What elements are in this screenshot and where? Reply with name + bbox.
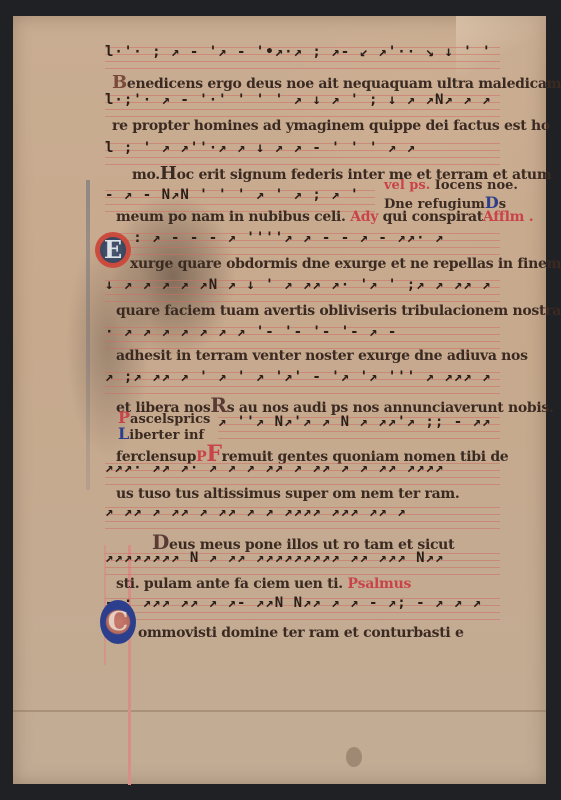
music-staff: - ; ↗↗↗ ↗↗ ↗ ↗- ↗↗N N↗↗ ↗ ↗ - ↗; - ↗ ↗ ↗ xyxy=(105,593,500,621)
music-staff: l·'· ; ↗ - '↗ - '•↗·↗ ; ↗- ↙ ↗'·· ↘ ↓ ' … xyxy=(105,42,500,70)
text-line: quare faciem tuam avertis obliviseris tr… xyxy=(116,303,506,319)
text-line: meum po nam in nubibus celi. Ady qui con… xyxy=(116,209,506,225)
lyric-text: re propter homines ad ymaginem quippe de… xyxy=(112,118,550,134)
music-staff: ↗ ''↗ N↗'↗ ↗ N ↗ ↗↗'↗ ;; - ↗↗ xyxy=(218,412,500,440)
text-line: ommovisti domine ter ram et conturbasti … xyxy=(138,625,528,641)
lyric-text: quare faciem tuam avertis obliviseris tr… xyxy=(116,303,561,319)
stain-mark xyxy=(346,747,362,767)
neumes: ↗ ''↗ N↗'↗ ↗ N ↗ ↗↗'↗ ;; - ↗↗ xyxy=(218,412,500,440)
initial-e-illuminated: E xyxy=(95,232,131,268)
music-staff: ↗↗↗↗↗↗↗↗ N ↗ ↗↗ ↗↗↗↗↗↗↗↗↗ ↗↗ ↗↗↗ N↗↗ xyxy=(105,548,500,576)
music-staff: · ↗ ↗ ↗ ↗ ↗ ↗ ↗ '- '- '- '- ↗ - xyxy=(105,322,500,350)
music-staff: ↓ ↗ ↗ ↗ ↗ ↗N ↗ ↓ ' ↗ ↗↗ ↗· '↗ ' ;↗ ↗ ↗↗ … xyxy=(105,275,500,303)
neumes: l·;'· ↗ - '·' ' ' ' ↗ ↓ ↗ ' ; ↓ ↗ ↗N↗ ↗ … xyxy=(105,90,500,118)
initial-h: H xyxy=(160,163,177,184)
rubric-note: vel ps. Iocens noe. xyxy=(384,178,518,193)
text-line: adhesit in terram venter noster exurge d… xyxy=(116,348,506,364)
music-staff: l ; ' ↗ ↗''·↗ ↗ ↓ ↗ ↗ - ' ' ' ↗ ↗ xyxy=(105,138,500,166)
music-staff: ↗↗↗· ↗↗ ↗· ↗ ↗ ↗ ↗↗ ↗ ↗↗ ↗ ↗ ↗↗ ↗↗↗↗ xyxy=(105,458,500,486)
neumes: ↗ ;↗ ↗↗ ↗ ' ↗ ' ↗ '↗' - '↗ '↗ ''' ↗ ↗↗↗ … xyxy=(105,367,500,395)
neumes: ↓ ↗ ↗ ↗ ↗ ↗N ↗ ↓ ' ↗ ↗↗ ↗· '↗ ' ;↗ ↗ ↗↗ … xyxy=(105,275,500,303)
music-staff: ;↗ : ↗ - - - ↗ ''''↗ ↗ - - ↗ - ↗↗· ↗ xyxy=(105,228,500,256)
lyric-text: meum po nam in nubibus celi. xyxy=(116,209,346,225)
music-staff: ↗ ;↗ ↗↗ ↗ ' ↗ ' ↗ '↗' - '↗ '↗ ''' ↗ ↗↗↗ … xyxy=(105,367,500,395)
initial-e-flourish-border xyxy=(86,180,90,490)
neumes: - ; ↗↗↗ ↗↗ ↗ ↗- ↗↗N N↗↗ ↗ ↗ - ↗; - ↗ ↗ ↗ xyxy=(105,593,500,621)
neumes: ;↗ : ↗ - - - ↗ ''''↗ ↗ - - ↗ - ↗↗· ↗ xyxy=(105,228,500,256)
lyric-text: adhesit in terram venter noster exurge d… xyxy=(116,348,528,364)
music-staff: l·;'· ↗ - '·' ' ' ' ↗ ↓ ↗ ' ; ↓ ↗ ↗N↗ ↗ … xyxy=(105,90,500,118)
neumes: ↗↗↗· ↗↗ ↗· ↗ ↗ ↗ ↗↗ ↗ ↗↗ ↗ ↗ ↗↗ ↗↗↗↗ xyxy=(105,458,500,486)
lyric-text: sti. pulam ante fa ciem uen ti. xyxy=(116,576,343,592)
fold-crease xyxy=(13,710,546,712)
text-line: xurge quare obdormis dne exurge et ne re… xyxy=(130,256,520,272)
lyric-text: xurge quare obdormis dne exurge et ne re… xyxy=(130,256,561,272)
neumes: ↗↗↗↗↗↗↗↗ N ↗ ↗↗ ↗↗↗↗↗↗↗↗↗ ↗↗ ↗↗↗ N↗↗ xyxy=(105,548,500,576)
text-line: us tuso tus altissimus super om nem ter … xyxy=(116,486,506,502)
lyric-text: mo. xyxy=(132,167,160,183)
neumes: l ; ' ↗ ↗''·↗ ↗ ↓ ↗ ↗ - ' ' ' ↗ ↗ xyxy=(105,138,500,166)
lyric-text: ommovisti domine ter ram et conturbasti … xyxy=(138,625,464,641)
text-line: re propter homines ad ymaginem quippe de… xyxy=(112,118,502,134)
text-line: sti. pulam ante fa ciem uen ti. Psalmus xyxy=(116,576,506,592)
lyric-text: us tuso tus altissimus super om nem ter … xyxy=(116,486,459,502)
music-staff: ↗ ↗↗ ↗ ↗↗ ↗ ↗↗ ↗ ↗ ↗↗↗↗ ↗↗↗ ↗↗ ↗ xyxy=(105,502,500,530)
neumes: · ↗ ↗ ↗ ↗ ↗ ↗ ↗ '- '- '- '- ↗ - xyxy=(105,322,500,350)
neumes: l·'· ; ↗ - '↗ - '•↗·↗ ; ↗- ↙ ↗'·· ↘ ↓ ' … xyxy=(105,42,500,70)
initial-c-illuminated: C xyxy=(100,600,136,644)
neumes: ↗ ↗↗ ↗ ↗↗ ↗ ↗↗ ↗ ↗ ↗↗↗↗ ↗↗↗ ↗↗ ↗ xyxy=(105,502,500,530)
